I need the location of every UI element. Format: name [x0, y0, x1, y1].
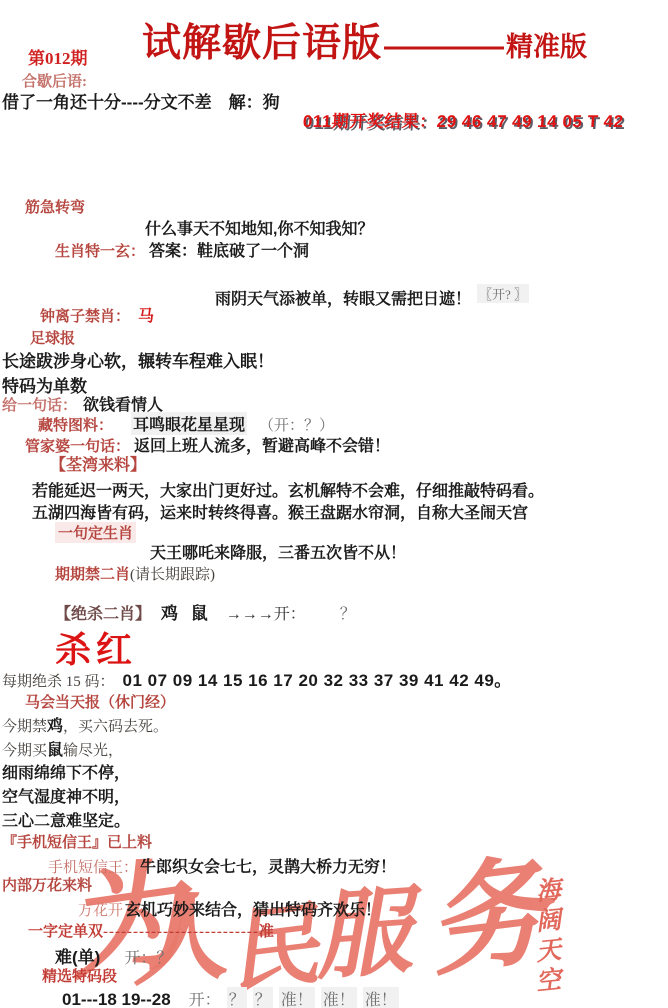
football-line1-text: 长途跋涉身心软，辗转车程难入眠！ [2, 347, 274, 372]
sms-header: 『手机短信王』已上料 [2, 831, 152, 852]
issue-label: 第012期 [28, 44, 88, 69]
watermark-v-char: 天 [535, 935, 563, 967]
question-text: 什么事天不知地知,你不知我知？ [145, 216, 373, 239]
quanwan-line1-text: 若能延迟一两天，大家出门更好过。玄机解特不会难，仔细推敲特码看。 [32, 478, 544, 501]
sms-row: 手机短信王： 牛郎织女会七七，灵鹊大桥力无穷！ [48, 854, 396, 877]
watermark-v-char: 空 [535, 965, 563, 997]
cangte-row: 藏特图料： 耳鸣眼花星星现 （开：？） [38, 412, 334, 435]
quanwan-header: 【荃湾来料】 [50, 452, 146, 475]
qiqijin-row: 期期禁二肖 (请长期跟踪) [55, 563, 215, 584]
wanhua-label: 万花开 [78, 899, 123, 920]
title-main-text: 试解歇后语版 [142, 12, 382, 68]
qiqijin-label: 期期禁二肖 [55, 563, 130, 584]
danshuang-row: 一字定单双 -------------------------- 准 [28, 920, 274, 941]
title-dashes: ———— [384, 30, 504, 64]
nan-open-tag: 开：？ [124, 945, 172, 968]
guanjiapo-text: 返回上班人流多，暂避高峰不会错！ [134, 433, 390, 456]
mahui-line1-pre: 今期禁 [2, 715, 47, 736]
juesha-arrows: →→→开： [226, 601, 306, 624]
previous-draw-text: 011期开奖结果：29 46 47 49 14 05 T 42 [302, 107, 624, 132]
verse-open-tag: 〖开? 〗 [477, 284, 529, 303]
quanwan-line2: 五湖四海皆有码，运来时转终得喜。猴王盘踞水帘洞，自称大圣闹天宫 [32, 500, 528, 523]
mahui-line5-text: 三心二意难坚定。 [2, 808, 130, 831]
brain-teaser-label: 筋急转弯 [25, 196, 85, 217]
brain-teaser-answer: 生肖特一玄： 答案：鞋底破了一个洞 [55, 238, 309, 261]
watermark-v-char: 阔 [535, 905, 563, 937]
zhongli-forbidden-zodiac: 钟离子禁肖： 马 [40, 303, 154, 326]
qiqijin-note: (请长期跟踪) [130, 563, 215, 584]
sms-text: 牛郎织女会七七，灵鹊大桥力无穷！ [140, 854, 396, 877]
issue-number: 第012期 [28, 44, 88, 69]
quanwan-line2-text: 五湖四海皆有码，运来时转终得喜。猴王盘踞水帘洞，自称大圣闹天宫 [32, 500, 528, 523]
wanhua-row: 万花开 玄机巧妙来结合，猜出特码齐欢乐！ [78, 897, 381, 920]
riddle-text: 借了一角还十分----分文不差 解：狗 [2, 88, 280, 113]
quanwan-line1: 若能延迟一两天，大家出门更好过。玄机解特不会难，仔细推敲特码看。 [32, 478, 544, 501]
title-suffix-text: 精准版 [506, 25, 587, 64]
cangte-open-tag: （开：？） [259, 414, 334, 435]
answer-text: 答案：鞋底破了一个洞 [149, 238, 309, 261]
mahui-line2-pre: 今期买 [2, 739, 47, 760]
one-sentence-verse: 天王哪吒来降服，三番五次皆不从！ [150, 540, 406, 563]
mahui-line5: 三心二意难坚定。 [2, 808, 130, 831]
cangte-label: 藏特图料： [38, 414, 113, 435]
mahui-label: 马会当天报（休门经） [25, 691, 175, 712]
one-sentence-label: 一句定生肖 [55, 522, 136, 543]
football-line1: 长途跋涉身心软，辗转车程难入眠！ [2, 347, 274, 372]
wanhua-text: 玄机巧妙来结合，猜出特码齐欢乐！ [125, 897, 381, 920]
watermark-v-char: 海 [535, 875, 563, 907]
temaduan-result: ？ [253, 987, 273, 1008]
kill-15-numbers: 01 07 09 14 15 16 17 20 32 33 37 39 41 4… [123, 666, 512, 691]
zhongli-value: 马 [138, 303, 154, 326]
mahui-line1-animal: 鸡 [47, 713, 63, 736]
kill-15-label: 每期绝杀 15 码： [2, 670, 115, 691]
brain-teaser-question: 什么事天不知地知,你不知我知？ [145, 216, 373, 239]
verse-text: 雨阴天气添被单，转眼又需把日遮！ [215, 286, 471, 309]
mahui-line3-text: 细雨绵绵下不停， [2, 760, 130, 783]
football-report-header: 足球报 [30, 327, 75, 348]
riddle-line: 借了一角还十分----分文不差 解：狗 [2, 88, 280, 113]
previous-draw-result: 011期开奖结果：29 46 47 49 14 05 T 42 [303, 107, 624, 132]
temaduan-result: 准！ [363, 987, 399, 1008]
temaduan-label: 精选特码段 [42, 965, 117, 986]
mahui-line2-post: 输尽光， [63, 739, 123, 760]
tip-sheet-page: 为 人 民 服 务 海 阔 天 空 试解歇后语版 ———— 精准版 第012期 … [0, 0, 668, 1008]
watermark-char-wu: 务 [421, 851, 553, 983]
danshuang-dashes: -------------------------- [103, 924, 259, 941]
one-sentence-text: 天王哪吒来降服，三番五次皆不从！ [150, 540, 406, 563]
temaduan-result: 准！ [279, 987, 315, 1008]
mahui-header: 马会当天报（休门经） [25, 691, 175, 712]
danshuang-label: 一字定单双 [28, 920, 103, 941]
temaduan-header: 精选特码段 [42, 965, 117, 986]
one-sentence-header: 一句定生肖 [55, 522, 136, 543]
sms-header-label: 『手机短信王』已上料 [2, 831, 152, 852]
wanhua-header: 内部万花来料 [2, 874, 92, 895]
watermark-vertical-haikuotiankong: 海 阔 天 空 [536, 876, 561, 996]
mahui-line2: 今期买 鼠 输尽光， [2, 737, 123, 760]
brain-teaser-header: 筋急转弯 [25, 196, 85, 217]
juesha-animals: 鸡 鼠 [161, 599, 212, 624]
mahui-line4-text: 空气湿度神不明， [2, 784, 130, 807]
temaduan-result: ？ [227, 987, 247, 1008]
mahui-line1-post: ，买六码去死。 [63, 715, 168, 736]
wanhua-header-label: 内部万花来料 [2, 874, 92, 895]
mahui-line2-animal: 鼠 [47, 737, 63, 760]
quanwan-label: 【荃湾来料】 [50, 452, 146, 475]
mahui-line3: 细雨绵绵下不停， [2, 760, 130, 783]
juesha-label: 【绝杀二肖】 [55, 601, 151, 624]
cangte-text: 耳鸣眼花星星现 [131, 412, 247, 435]
zodiac-special-label: 生肖特一玄： [55, 240, 145, 261]
zhongli-label: 钟离子禁肖： [40, 305, 130, 326]
mahui-line1: 今期禁 鸡 ，买六码去死。 [2, 713, 168, 736]
page-title: 试解歇后语版 ———— 精准版 [142, 12, 587, 68]
temaduan-result: 准！ [321, 987, 357, 1008]
temaduan-row: 01---18 19--28 开： ？ ？ 准！ 准！ 准！ [62, 987, 399, 1008]
temaduan-open-label: 开： [189, 987, 221, 1008]
kill-15-codes-row: 每期绝杀 15 码： 01 07 09 14 15 16 17 20 32 33… [2, 666, 512, 691]
danshuang-suffix: 准 [259, 920, 274, 941]
juesha-row: 【绝杀二肖】 鸡 鼠 →→→开： ？ [55, 599, 356, 624]
football-label: 足球报 [30, 327, 75, 348]
mahui-line4: 空气湿度神不明， [2, 784, 130, 807]
temaduan-range: 01---18 19--28 [62, 990, 171, 1008]
weather-verse: 雨阴天气添被单，转眼又需把日遮！ 〖开? 〗 [215, 286, 529, 309]
juesha-result: ？ [340, 601, 356, 624]
